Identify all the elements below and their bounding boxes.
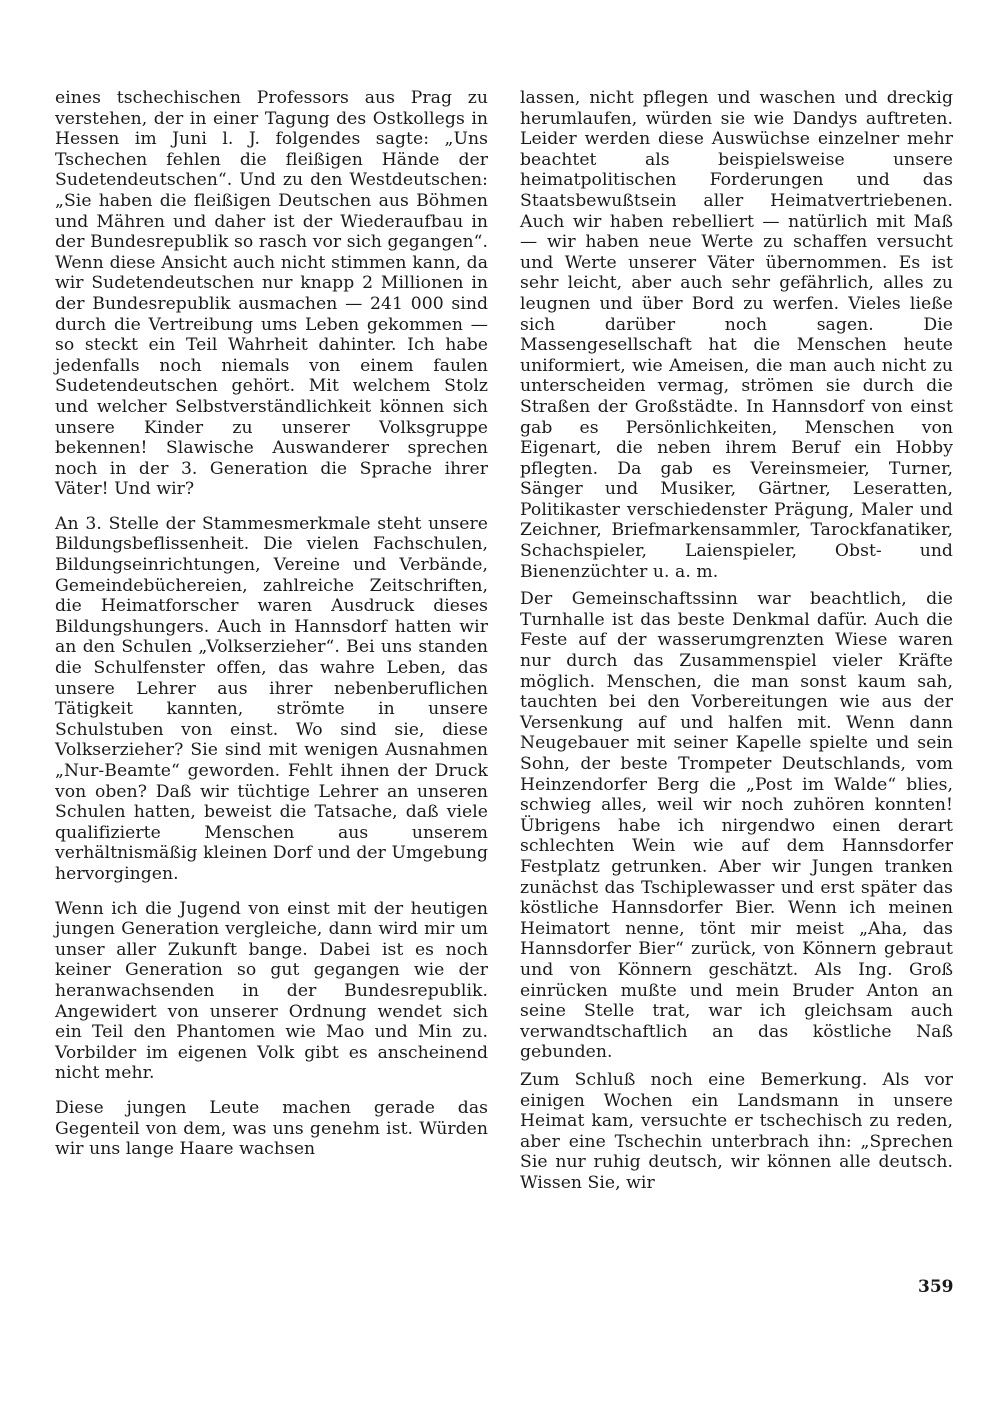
paragraph: Zum Schluß noch eine Bemerkung. Als vor … [520, 1070, 953, 1194]
left-column: eines tschechischen Professors aus Prag … [55, 88, 488, 1174]
paragraph: lassen, nicht pflegen und waschen und dr… [520, 88, 953, 582]
right-column: lassen, nicht pflegen und waschen und dr… [520, 88, 953, 1200]
document-page: eines tschechischen Professors aus Prag … [0, 0, 1000, 1411]
paragraph: eines tschechischen Professors aus Prag … [55, 88, 488, 500]
paragraph: An 3. Stelle der Stammesmerkmale steht u… [55, 514, 488, 885]
paragraph: Diese jungen Leute machen gerade das Geg… [55, 1098, 488, 1160]
page-number: 359 [918, 1277, 954, 1297]
paragraph: Der Gemeinschaftssinn war beachtlich, di… [520, 589, 953, 1063]
paragraph: Wenn ich die Jugend von einst mit der he… [55, 899, 488, 1084]
